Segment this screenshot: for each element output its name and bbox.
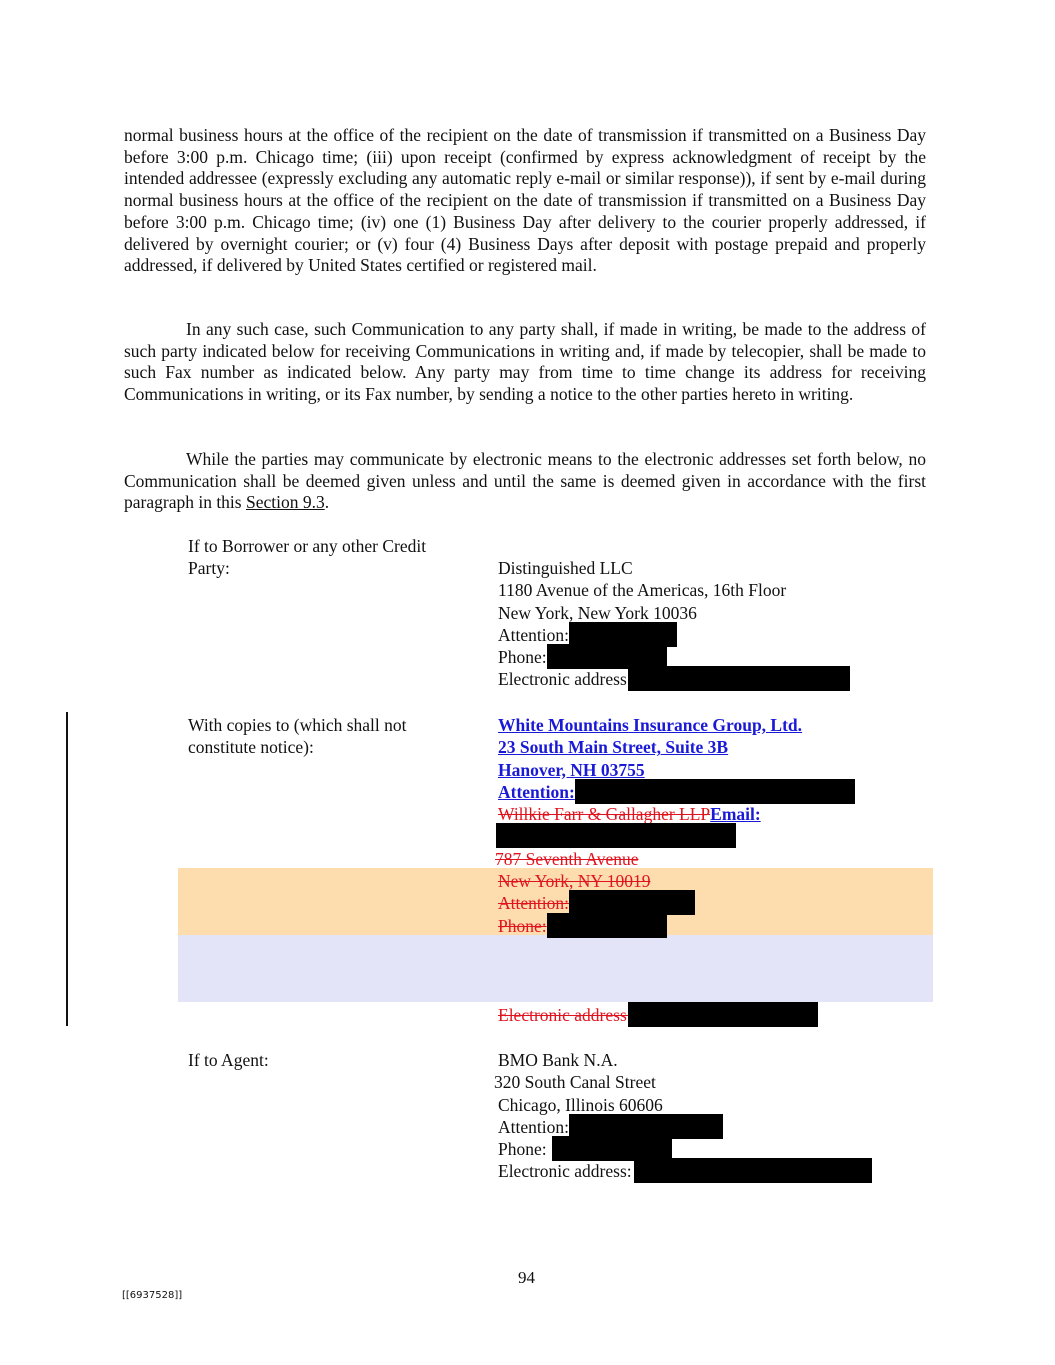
borrower-street: 1180 Avenue of the Americas, 16th Floor	[498, 579, 850, 601]
attention-label: Attention:	[498, 893, 569, 913]
phone-label: Phone:	[498, 916, 547, 936]
agent-label: If to Agent:	[188, 1049, 269, 1071]
deleted-attention-line: Attention:	[498, 892, 855, 914]
borrower-attention-line: Attention:	[498, 624, 850, 646]
borrower-label-line1: If to Borrower or any other Credit	[188, 535, 426, 557]
deleted-email-block: Electronic address:	[498, 1004, 818, 1026]
redaction-box	[569, 1114, 723, 1139]
phone-label: Phone:	[498, 1139, 547, 1159]
section-reference-link[interactable]: Section 9.3	[246, 492, 325, 512]
redaction-box	[569, 622, 677, 647]
borrower-name: Distinguished LLC	[498, 557, 850, 579]
email-label: Electronic address:	[498, 1161, 632, 1181]
inserted-email-redaction-line	[498, 825, 855, 847]
redaction-box	[496, 823, 736, 848]
email-label: Electronic address:	[498, 1005, 632, 1025]
paragraph-end: .	[325, 492, 329, 512]
paragraph-electronic-means: While the parties may communicate by ele…	[124, 449, 926, 514]
agent-phone-line: Phone:	[498, 1138, 872, 1160]
deleted-phone-line: Phone:	[498, 915, 855, 937]
attention-label: Attention:	[498, 1117, 569, 1137]
borrower-city: New York, New York 10036	[498, 602, 850, 624]
deleted-street: 787 Seventh Avenue	[495, 848, 855, 870]
email-label: Electronic address:	[498, 669, 632, 689]
copies-label: With copies to (which shall not constitu…	[188, 714, 407, 759]
agent-attention-line: Attention:	[498, 1116, 872, 1138]
redaction-box	[569, 890, 695, 915]
agent-address: BMO Bank N.A. 320 South Canal Street Chi…	[498, 1049, 872, 1183]
redaction-box	[628, 1002, 818, 1027]
paragraph-delivery-terms: normal business hours at the office of t…	[124, 125, 926, 277]
document-id: [[6937528]]	[122, 1290, 182, 1301]
redaction-box	[628, 666, 850, 691]
paragraph-text: While the parties may communicate by ele…	[124, 449, 926, 512]
copies-label-line2: constitute notice):	[188, 736, 407, 758]
change-highlight-lavender	[178, 935, 933, 1002]
revision-change-bar	[66, 712, 68, 1026]
redaction-box	[547, 913, 667, 938]
agent-email-line: Electronic address:	[498, 1160, 872, 1182]
attention-label: Attention:	[498, 625, 569, 645]
copies-address: White Mountains Insurance Group, Ltd. 23…	[498, 714, 855, 937]
redaction-box	[552, 1136, 672, 1161]
borrower-label: If to Borrower or any other Credit Party…	[188, 535, 426, 580]
paragraph-communication-address: In any such case, such Communication to …	[124, 319, 926, 406]
redaction-box	[547, 644, 667, 669]
phone-label: Phone:	[498, 647, 547, 667]
deleted-firm-name: Willkie Farr & Gallagher LLP	[498, 804, 710, 824]
agent-street: 320 South Canal Street	[494, 1071, 872, 1093]
deleted-city: New York, NY 10019	[498, 870, 855, 892]
attention-label: Attention:	[498, 782, 575, 802]
page-number: 94	[518, 1268, 535, 1288]
inserted-attention-line: Attention:	[498, 781, 855, 803]
redaction-box	[575, 779, 855, 804]
deleted-email-line: Electronic address:	[498, 1004, 818, 1026]
borrower-label-line2: Party:	[188, 557, 426, 579]
deleted-firm-line: Willkie Farr & Gallagher LLPEmail:	[498, 803, 855, 825]
redaction-box	[634, 1158, 872, 1183]
inserted-city: Hanover, NH 03755	[498, 759, 855, 781]
borrower-email-line: Electronic address:	[498, 668, 850, 690]
inserted-street: 23 South Main Street, Suite 3B	[498, 736, 855, 758]
borrower-phone-line: Phone:	[498, 646, 850, 668]
agent-city: Chicago, Illinois 60606	[498, 1094, 872, 1116]
inserted-email-label: Email:	[710, 804, 761, 824]
inserted-name: White Mountains Insurance Group, Ltd.	[498, 714, 855, 736]
agent-name: BMO Bank N.A.	[498, 1049, 872, 1071]
borrower-address: Distinguished LLC 1180 Avenue of the Ame…	[498, 557, 850, 691]
copies-label-line1: With copies to (which shall not	[188, 714, 407, 736]
